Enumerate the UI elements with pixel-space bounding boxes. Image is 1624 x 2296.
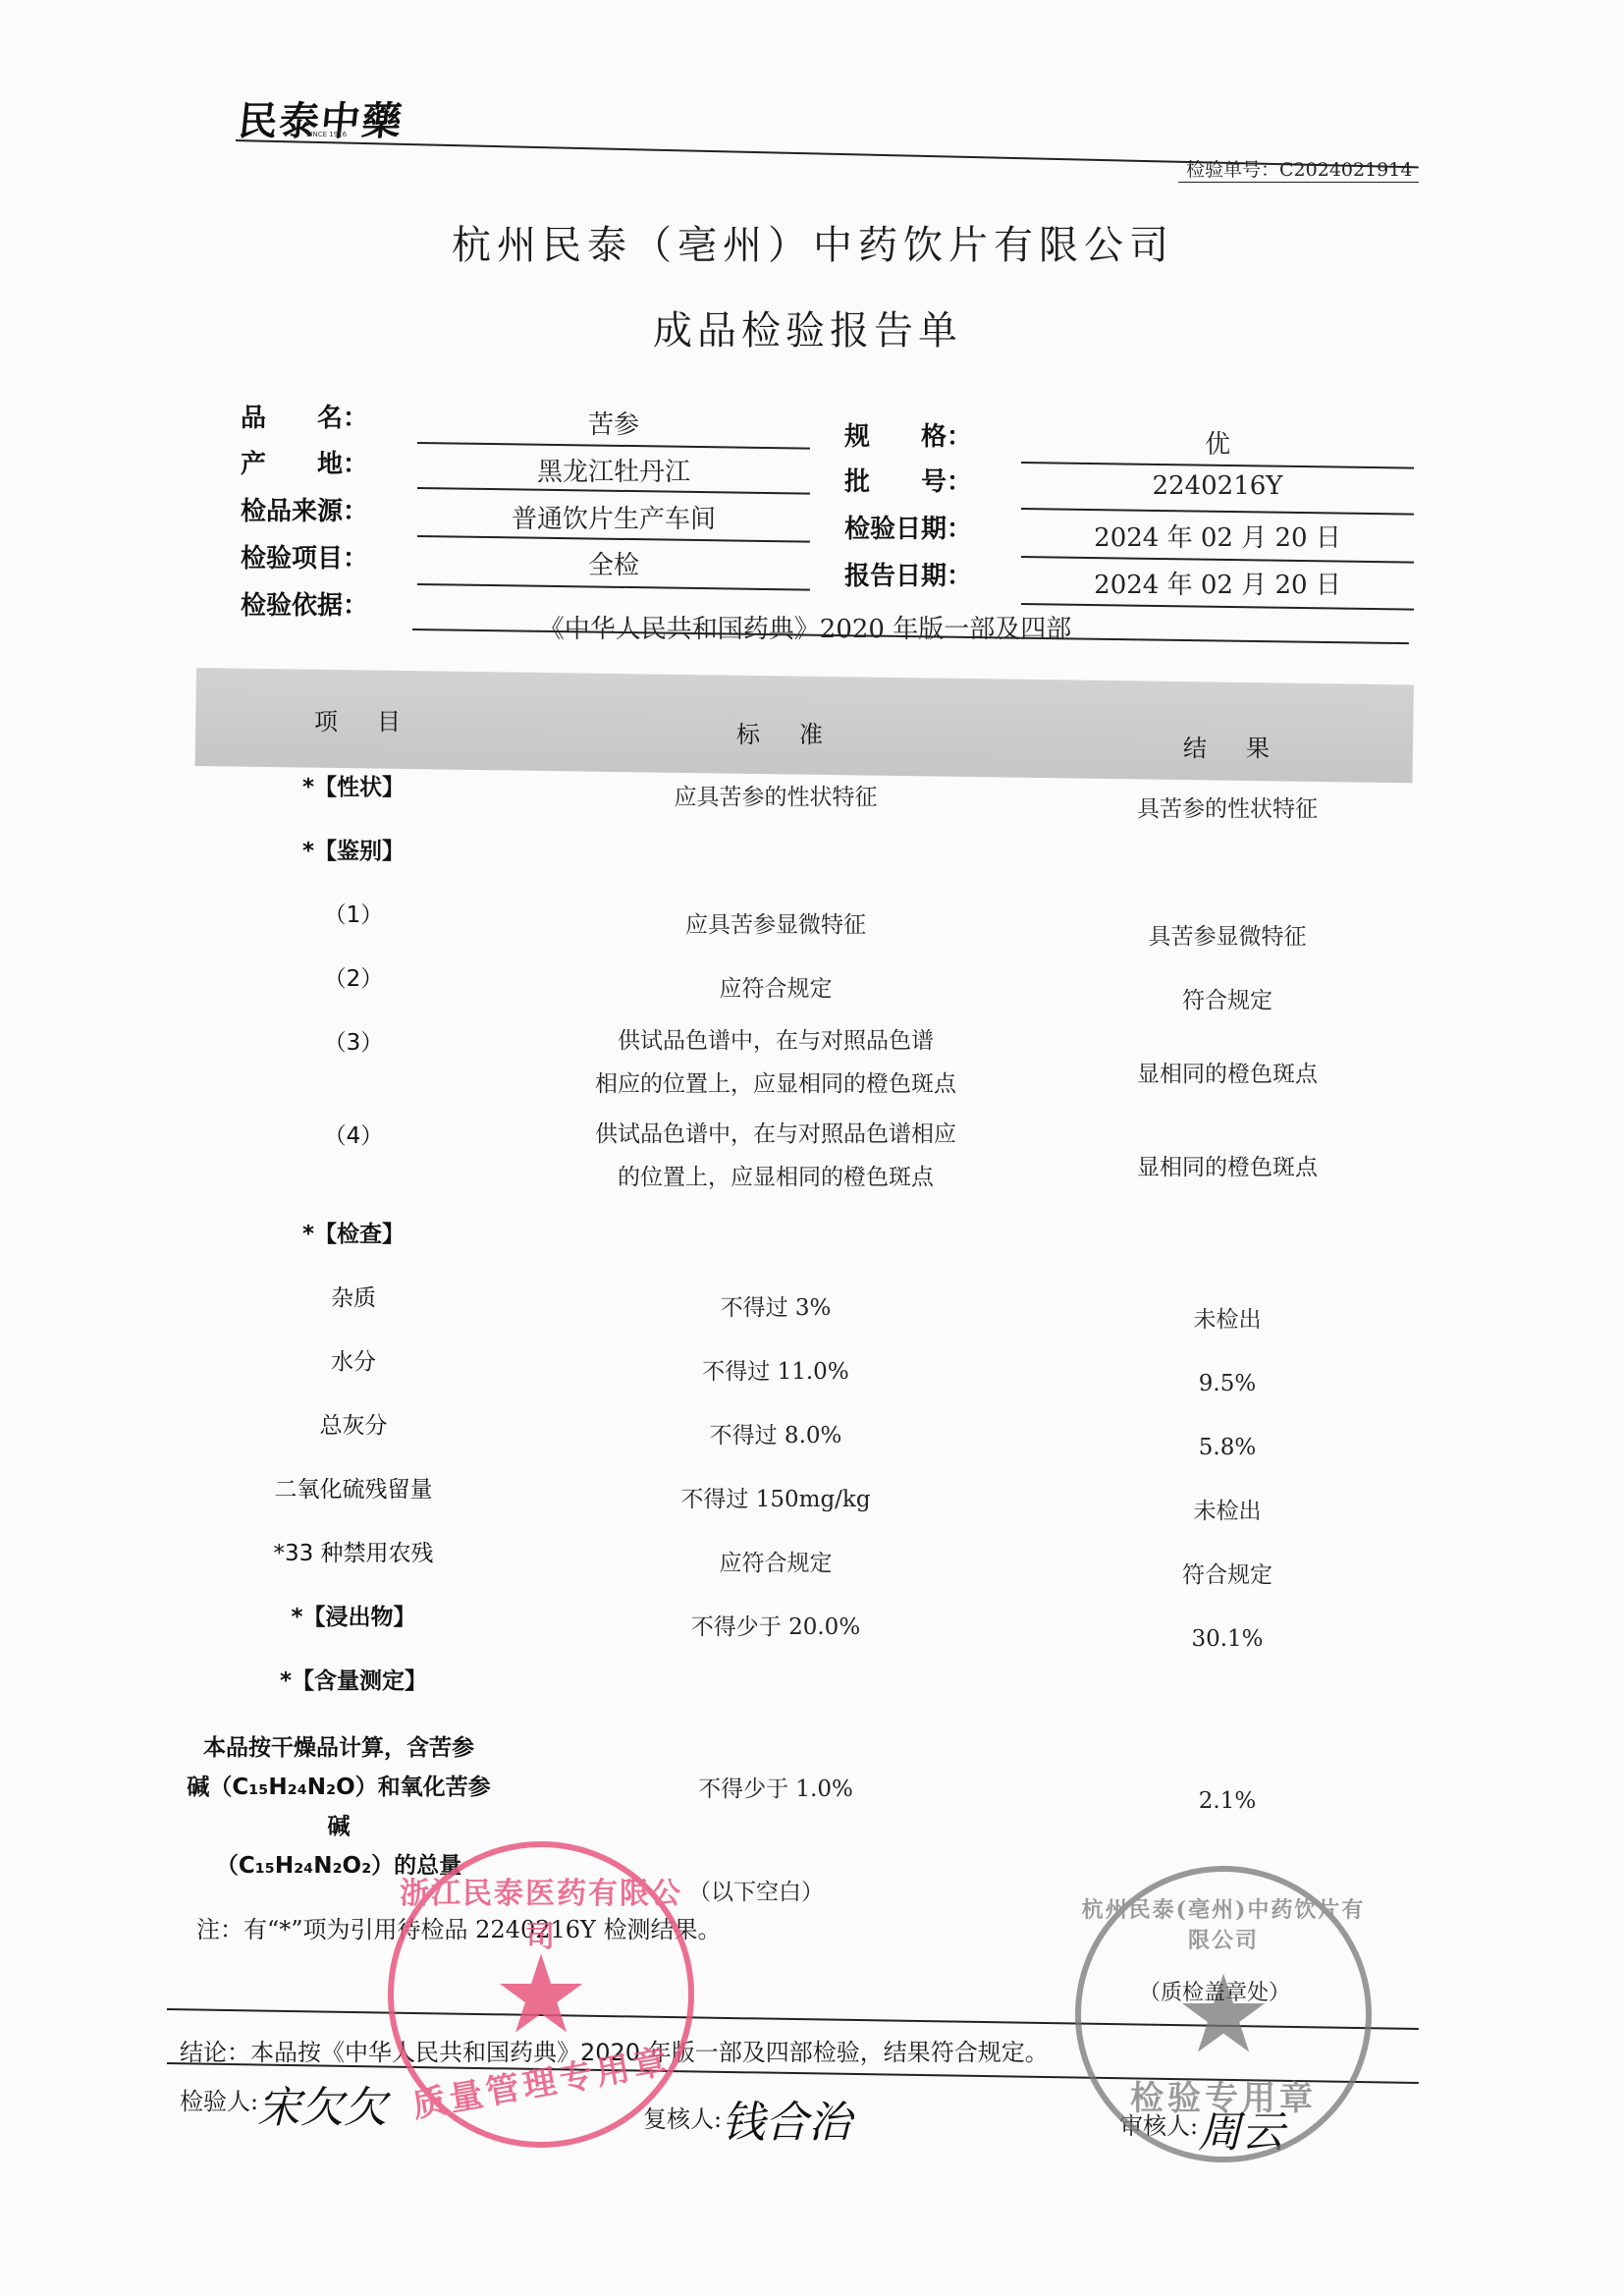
row-standard: 不得过 8.0% xyxy=(589,1414,962,1457)
doc-number: 检验单号：C2024021914 xyxy=(1186,155,1412,182)
standard-line: 供试品色谱中，在与对照品色谱相应 xyxy=(550,1113,1001,1156)
row-standard: 不得过 3% xyxy=(589,1286,962,1330)
assay-item-line: 本品按干燥品计算，含苦参 xyxy=(182,1728,496,1768)
row-result: 未检出 xyxy=(1080,1490,1375,1533)
row-item: 水分 xyxy=(216,1340,491,1384)
row-standard: 供试品色谱中，在与对照品色谱相应的位置上，应显相同的橙色斑点 xyxy=(550,1019,1001,1106)
row-item: *【检查】 xyxy=(216,1213,491,1256)
row-standard: 应具苦参的性状特征 xyxy=(589,776,962,819)
row-item: *33 种禁用农残 xyxy=(216,1532,491,1575)
row-result: 30.1% xyxy=(1080,1617,1375,1661)
stamp-area-label: （质检盖章处） xyxy=(1139,1976,1290,2006)
underline xyxy=(1021,462,1414,469)
row-result: 未检出 xyxy=(1080,1298,1375,1341)
row-standard: 应符合规定 xyxy=(589,967,962,1011)
assay-item-line: 碱（C₁₅H₂₄N₂O）和氧化苦参碱 xyxy=(182,1768,496,1846)
test-date-value: 2024 年 02 月 20 日 xyxy=(1021,518,1414,554)
quality-management-seal: 浙江民泰医药有限公司 ★ 质量管理专用章 xyxy=(388,1841,694,2148)
report-title: 成品检验报告单 xyxy=(653,300,962,355)
batch-label: 批 号： xyxy=(844,462,972,498)
row-item: （2） xyxy=(216,957,491,1001)
product-name-value: 苦参 xyxy=(417,405,810,441)
row-result: 9.5% xyxy=(1080,1362,1375,1405)
spec-value: 优 xyxy=(1021,424,1414,461)
doc-number-value: C2024021914 xyxy=(1279,159,1412,181)
row-result: 符合规定 xyxy=(1080,1554,1375,1597)
inspection-seal: 杭州民泰(亳州)中药饮片有限公司 ★ 检验专用章 xyxy=(1075,1866,1372,2162)
col-header-standard: 标准 xyxy=(736,715,862,749)
row-result: 符合规定 xyxy=(1080,979,1375,1022)
source-value: 普通饮片生产车间 xyxy=(417,499,810,535)
underline xyxy=(417,487,810,495)
inspector-label: 检验人: xyxy=(180,2082,258,2116)
row-standard: 不得过 11.0% xyxy=(589,1350,962,1394)
report-date-value: 2024 年 02 月 20 日 xyxy=(1021,565,1414,601)
row-standard: 供试品色谱中，在与对照品色谱相应的位置上，应显相同的橙色斑点 xyxy=(550,1113,1001,1199)
row-standard: 应符合规定 xyxy=(589,1542,962,1585)
company-title: 杭州民泰（亳州）中药饮片有限公司 xyxy=(452,214,1174,270)
row-item: 总灰分 xyxy=(216,1404,491,1448)
row-item: 二氧化硫残留量 xyxy=(216,1468,491,1511)
product-name-label: 品 名： xyxy=(241,398,368,434)
row-result: 显相同的橙色斑点 xyxy=(1080,1053,1375,1096)
origin-value: 黑龙江牡丹江 xyxy=(417,452,810,488)
underline xyxy=(417,583,810,591)
test-date-label: 检验日期： xyxy=(844,509,972,545)
star-icon: ★ xyxy=(493,1941,590,2049)
reviewer-signature: 钱合治 xyxy=(722,2087,851,2150)
row-standard: 不得少于 20.0% xyxy=(589,1606,962,1649)
spec-label: 规 格： xyxy=(844,416,972,453)
origin-label: 产 地： xyxy=(241,444,368,480)
row-item: （4） xyxy=(216,1115,491,1158)
underline xyxy=(1021,508,1414,516)
doc-number-label: 检验单号： xyxy=(1186,159,1279,181)
seal-ring-text: 浙江民泰医药有限公司 xyxy=(394,1869,688,1955)
basis-label: 检验依据： xyxy=(241,585,368,622)
row-standard: 不得少于 1.0% xyxy=(589,1768,962,1811)
row-item: （1） xyxy=(216,894,491,937)
row-item: *【性状】 xyxy=(216,766,491,809)
reviewer-label: 复核人: xyxy=(643,2100,722,2134)
row-item: *【浸出物】 xyxy=(216,1596,491,1639)
row-result: 具苦参的性状特征 xyxy=(1080,788,1375,831)
row-item: *【鉴别】 xyxy=(216,830,491,873)
items-value: 全检 xyxy=(417,545,810,581)
standard-line: 供试品色谱中，在与对照品色谱 xyxy=(550,1019,1001,1063)
standard-line: 相应的位置上，应显相同的橙色斑点 xyxy=(550,1063,1001,1106)
logo-subtitle: SINCE 1916 xyxy=(306,131,347,138)
standard-line: 的位置上，应显相同的橙色斑点 xyxy=(550,1156,1001,1199)
col-header-item: 项目 xyxy=(314,702,440,737)
underline xyxy=(1021,556,1414,564)
items-label: 检验项目： xyxy=(241,538,368,574)
seal-ring-text: 杭州民泰(亳州)中药饮片有限公司 xyxy=(1081,1893,1366,1954)
assay-item: 本品按干燥品计算，含苦参碱（C₁₅H₂₄N₂O）和氧化苦参碱（C₁₅H₂₄N₂O… xyxy=(182,1728,496,1886)
row-standard: 应具苦参显微特征 xyxy=(589,903,962,947)
col-header-result: 结果 xyxy=(1183,729,1309,763)
row-item: *【含量测定】 xyxy=(216,1660,491,1703)
row-item: 杂质 xyxy=(216,1277,491,1320)
underline xyxy=(417,535,810,543)
doc-number-rule xyxy=(1178,182,1419,183)
row-result: 显相同的橙色斑点 xyxy=(1080,1146,1375,1189)
row-standard: 不得过 150mg/kg xyxy=(589,1478,962,1521)
seal-bottom-text: 检验专用章 xyxy=(1081,2071,1366,2119)
report-date-label: 报告日期： xyxy=(844,556,972,592)
row-item: （3） xyxy=(216,1021,491,1065)
underline xyxy=(417,442,810,450)
inspector-signature: 宋欠欠 xyxy=(257,2072,387,2135)
batch-value: 2240216Y xyxy=(1021,471,1414,501)
source-label: 检品来源： xyxy=(241,491,368,527)
row-result: 具苦参显微特征 xyxy=(1080,915,1375,958)
row-result: 5.8% xyxy=(1080,1426,1375,1469)
row-result: 2.1% xyxy=(1080,1779,1375,1823)
